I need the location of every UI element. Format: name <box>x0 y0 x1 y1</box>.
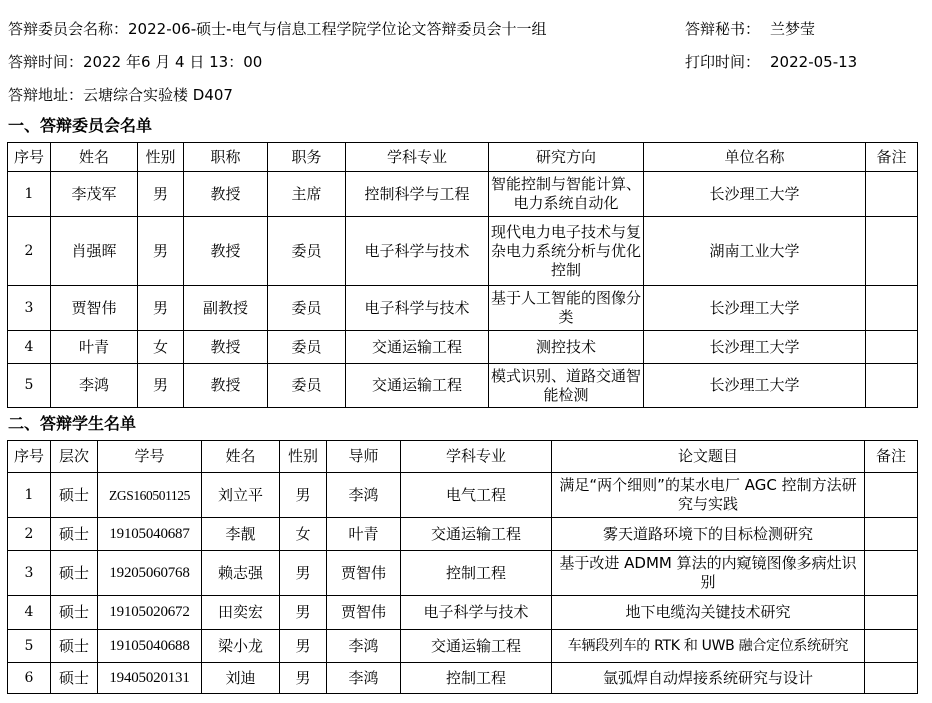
col-header-discipline: 学科专业 <box>401 441 552 473</box>
cell-thesis: 车辆段列车的 RTK 和 UWB 融合定位系统研究 <box>552 630 865 663</box>
cell-note <box>865 473 918 518</box>
cell-gender: 女 <box>280 518 327 551</box>
cell-no: 4 <box>8 331 51 364</box>
cell-discipline: 控制工程 <box>401 551 552 596</box>
cell-student-id: ZGS160501125 <box>98 473 202 518</box>
cell-note <box>865 551 918 596</box>
cell-thesis: 地下电缆沟关键技术研究 <box>552 596 865 630</box>
committee-header-row: 序号 姓名 性别 职称 职务 学科专业 研究方向 单位名称 备注 <box>8 143 918 172</box>
cell-discipline: 电子科学与技术 <box>401 596 552 630</box>
table-row: 1 李茂军 男 教授 主席 控制科学与工程 智能控制与智能计算、电力系统自动化 … <box>8 172 918 217</box>
cell-student-id: 19105020672 <box>98 596 202 630</box>
table-row: 2 肖强晖 男 教授 委员 电子科学与技术 现代电力电子技术与复杂电力系统分析与… <box>8 217 918 286</box>
cell-gender: 男 <box>138 286 184 331</box>
cell-no: 5 <box>8 630 51 663</box>
table-row: 6 硕士 19405020131 刘迪 男 李鸿 控制工程 氩弧焊自动焊接系统研… <box>8 663 918 694</box>
cell-no: 2 <box>8 518 51 551</box>
col-header-name: 姓名 <box>51 143 138 172</box>
cell-thesis: 基于改进 ADMM 算法的内窥镜图像多病灶识别 <box>552 551 865 596</box>
cell-thesis: 氩弧焊自动焊接系统研究与设计 <box>552 663 865 694</box>
cell-note <box>865 518 918 551</box>
col-header-thesis: 论文题目 <box>552 441 865 473</box>
cell-discipline: 控制科学与工程 <box>346 172 489 217</box>
cell-note <box>866 331 918 364</box>
cell-no: 1 <box>8 473 51 518</box>
cell-discipline: 交通运输工程 <box>346 364 489 408</box>
committee-name-line: 答辩委员会名称：2022-06-硕士-电气与信息工程学院学位论文答辩委员会十一组 <box>8 19 547 39</box>
cell-student-id: 19205060768 <box>98 551 202 596</box>
cell-role: 委员 <box>268 364 346 408</box>
col-header-name: 姓名 <box>202 441 280 473</box>
students-header-row: 序号 层次 学号 姓名 性别 导师 学科专业 论文题目 备注 <box>8 441 918 473</box>
cell-name: 李鸿 <box>51 364 138 408</box>
cell-gender: 男 <box>138 217 184 286</box>
cell-discipline: 电气工程 <box>401 473 552 518</box>
cell-discipline: 交通运输工程 <box>346 331 489 364</box>
students-section-title: 二、答辩学生名单 <box>8 414 136 434</box>
defense-location-value: 云塘综合实验楼 D407 <box>83 86 233 104</box>
cell-level: 硕士 <box>51 596 98 630</box>
cell-name: 贾智伟 <box>51 286 138 331</box>
cell-advisor: 贾智伟 <box>327 596 401 630</box>
cell-role: 主席 <box>268 172 346 217</box>
cell-name: 田奕宏 <box>202 596 280 630</box>
cell-gender: 女 <box>138 331 184 364</box>
cell-note <box>866 364 918 408</box>
cell-advisor: 李鸿 <box>327 473 401 518</box>
table-row: 3 贾智伟 男 副教授 委员 电子科学与技术 基于人工智能的图像分类 长沙理工大… <box>8 286 918 331</box>
cell-title: 副教授 <box>184 286 268 331</box>
secretary-line: 答辩秘书：兰梦莹 <box>685 19 815 39</box>
col-header-research: 研究方向 <box>489 143 644 172</box>
cell-gender: 男 <box>280 596 327 630</box>
cell-advisor: 叶青 <box>327 518 401 551</box>
table-row: 3 硕士 19205060768 赖志强 男 贾智伟 控制工程 基于改进 ADM… <box>8 551 918 596</box>
cell-title: 教授 <box>184 217 268 286</box>
committee-name-label: 答辩委员会名称： <box>8 20 128 38</box>
cell-no: 4 <box>8 596 51 630</box>
print-time-label: 打印时间： <box>685 53 760 71</box>
cell-gender: 男 <box>280 473 327 518</box>
cell-no: 3 <box>8 286 51 331</box>
cell-unit: 长沙理工大学 <box>644 286 866 331</box>
cell-research: 模式识别、道路交通智能检测 <box>489 364 644 408</box>
defense-time-value: 2022 年6 月 4 日 13：00 <box>83 53 262 71</box>
cell-student-id: 19105040687 <box>98 518 202 551</box>
col-header-student-id: 学号 <box>98 441 202 473</box>
cell-role: 委员 <box>268 217 346 286</box>
cell-note <box>866 286 918 331</box>
cell-thesis: 雾天道路环境下的目标检测研究 <box>552 518 865 551</box>
cell-no: 1 <box>8 172 51 217</box>
col-header-no: 序号 <box>8 441 51 473</box>
table-row: 1 硕士 ZGS160501125 刘立平 男 李鸿 电气工程 满足“两个细则”… <box>8 473 918 518</box>
col-header-title: 职称 <box>184 143 268 172</box>
cell-note <box>865 663 918 694</box>
cell-name: 赖志强 <box>202 551 280 596</box>
cell-thesis: 满足“两个细则”的某水电厂 AGC 控制方法研究与实践 <box>552 473 865 518</box>
col-header-gender: 性别 <box>280 441 327 473</box>
cell-no: 6 <box>8 663 51 694</box>
committee-table: 序号 姓名 性别 职称 职务 学科专业 研究方向 单位名称 备注 1 李茂军 男… <box>7 142 918 408</box>
cell-research: 智能控制与智能计算、电力系统自动化 <box>489 172 644 217</box>
col-header-gender: 性别 <box>138 143 184 172</box>
defense-location-line: 答辩地址：云塘综合实验楼 D407 <box>8 85 233 105</box>
cell-note <box>866 172 918 217</box>
cell-gender: 男 <box>280 663 327 694</box>
print-time-line: 打印时间：2022-05-13 <box>685 52 857 72</box>
cell-unit: 长沙理工大学 <box>644 331 866 364</box>
cell-level: 硕士 <box>51 551 98 596</box>
defense-time-line: 答辩时间：2022 年6 月 4 日 13：00 <box>8 52 262 72</box>
cell-name: 梁小龙 <box>202 630 280 663</box>
col-header-note: 备注 <box>866 143 918 172</box>
cell-gender: 男 <box>280 551 327 596</box>
cell-level: 硕士 <box>51 473 98 518</box>
cell-gender: 男 <box>138 172 184 217</box>
cell-research: 测控技术 <box>489 331 644 364</box>
cell-gender: 男 <box>280 630 327 663</box>
cell-advisor: 李鸿 <box>327 663 401 694</box>
table-row: 5 李鸿 男 教授 委员 交通运输工程 模式识别、道路交通智能检测 长沙理工大学 <box>8 364 918 408</box>
cell-unit: 湖南工业大学 <box>644 217 866 286</box>
cell-no: 2 <box>8 217 51 286</box>
secretary-value: 兰梦莹 <box>770 20 815 38</box>
table-row: 2 硕士 19105040687 李靓 女 叶青 交通运输工程 雾天道路环境下的… <box>8 518 918 551</box>
cell-student-id: 19105040688 <box>98 630 202 663</box>
cell-research: 基于人工智能的图像分类 <box>489 286 644 331</box>
students-table: 序号 层次 学号 姓名 性别 导师 学科专业 论文题目 备注 1 硕士 ZGS1… <box>7 440 918 694</box>
cell-level: 硕士 <box>51 663 98 694</box>
cell-research: 现代电力电子技术与复杂电力系统分析与优化控制 <box>489 217 644 286</box>
cell-name: 李靓 <box>202 518 280 551</box>
cell-unit: 长沙理工大学 <box>644 364 866 408</box>
cell-title: 教授 <box>184 331 268 364</box>
cell-name: 肖强晖 <box>51 217 138 286</box>
defense-location-label: 答辩地址： <box>8 86 83 104</box>
cell-student-id: 19405020131 <box>98 663 202 694</box>
cell-discipline: 交通运输工程 <box>401 630 552 663</box>
cell-unit: 长沙理工大学 <box>644 172 866 217</box>
print-time-value: 2022-05-13 <box>770 53 857 71</box>
table-row: 4 叶青 女 教授 委员 交通运输工程 测控技术 长沙理工大学 <box>8 331 918 364</box>
cell-discipline: 控制工程 <box>401 663 552 694</box>
cell-role: 委员 <box>268 286 346 331</box>
secretary-label: 答辩秘书： <box>685 20 760 38</box>
cell-discipline: 电子科学与技术 <box>346 217 489 286</box>
committee-section-title: 一、答辩委员会名单 <box>8 116 152 136</box>
col-header-no: 序号 <box>8 143 51 172</box>
col-header-discipline: 学科专业 <box>346 143 489 172</box>
cell-advisor: 李鸿 <box>327 630 401 663</box>
cell-note <box>865 630 918 663</box>
cell-role: 委员 <box>268 331 346 364</box>
cell-discipline: 电子科学与技术 <box>346 286 489 331</box>
cell-no: 3 <box>8 551 51 596</box>
cell-gender: 男 <box>138 364 184 408</box>
defense-time-label: 答辩时间： <box>8 53 83 71</box>
cell-name: 李茂军 <box>51 172 138 217</box>
col-header-unit: 单位名称 <box>644 143 866 172</box>
cell-note <box>865 596 918 630</box>
cell-title: 教授 <box>184 364 268 408</box>
cell-level: 硕士 <box>51 518 98 551</box>
cell-level: 硕士 <box>51 630 98 663</box>
cell-note <box>866 217 918 286</box>
cell-name: 刘迪 <box>202 663 280 694</box>
cell-name: 刘立平 <box>202 473 280 518</box>
table-row: 4 硕士 19105020672 田奕宏 男 贾智伟 电子科学与技术 地下电缆沟… <box>8 596 918 630</box>
col-header-level: 层次 <box>51 441 98 473</box>
table-row: 5 硕士 19105040688 梁小龙 男 李鸿 交通运输工程 车辆段列车的 … <box>8 630 918 663</box>
cell-discipline: 交通运输工程 <box>401 518 552 551</box>
col-header-advisor: 导师 <box>327 441 401 473</box>
col-header-note: 备注 <box>865 441 918 473</box>
col-header-role: 职务 <box>268 143 346 172</box>
cell-name: 叶青 <box>51 331 138 364</box>
committee-name-value: 2022-06-硕士-电气与信息工程学院学位论文答辩委员会十一组 <box>128 20 547 38</box>
cell-no: 5 <box>8 364 51 408</box>
cell-advisor: 贾智伟 <box>327 551 401 596</box>
cell-title: 教授 <box>184 172 268 217</box>
